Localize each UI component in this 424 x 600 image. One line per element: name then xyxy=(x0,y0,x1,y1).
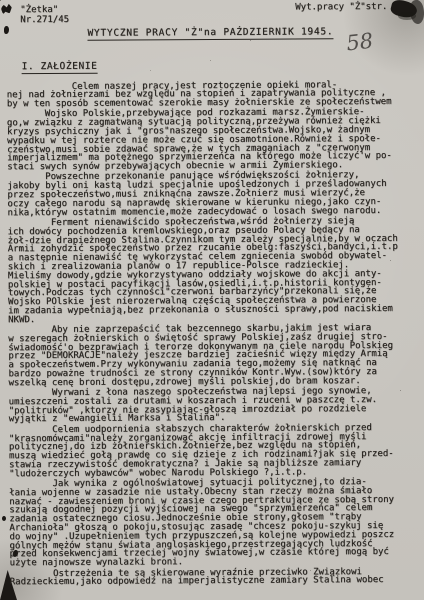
document-body: Celem naszej pracy,jest roztoczenie opie… xyxy=(7,79,424,588)
section-heading: I. ZAŁOŻENIE xyxy=(22,61,98,74)
scanned-document-page: "Żetka" Nr.271/45 Wyt.pracy "Ż"str. 58 W… xyxy=(0,0,424,600)
doc-number: Nr.271/45 xyxy=(20,15,69,25)
handwritten-page-number: 58 xyxy=(345,31,374,55)
org-label: "Żetka" xyxy=(20,5,58,15)
ref-label: Wyt.pracy "Ż"str. xyxy=(295,2,387,13)
text-line: użyte najnowsze wynalazki broni. xyxy=(10,557,424,568)
text-line: Radzieckiemu,jako odpowiedź na imperjali… xyxy=(10,576,424,587)
document-title: WYTYCZNE PRACY "Ż"na PAŹDZIERNIK 1945. xyxy=(87,26,333,41)
